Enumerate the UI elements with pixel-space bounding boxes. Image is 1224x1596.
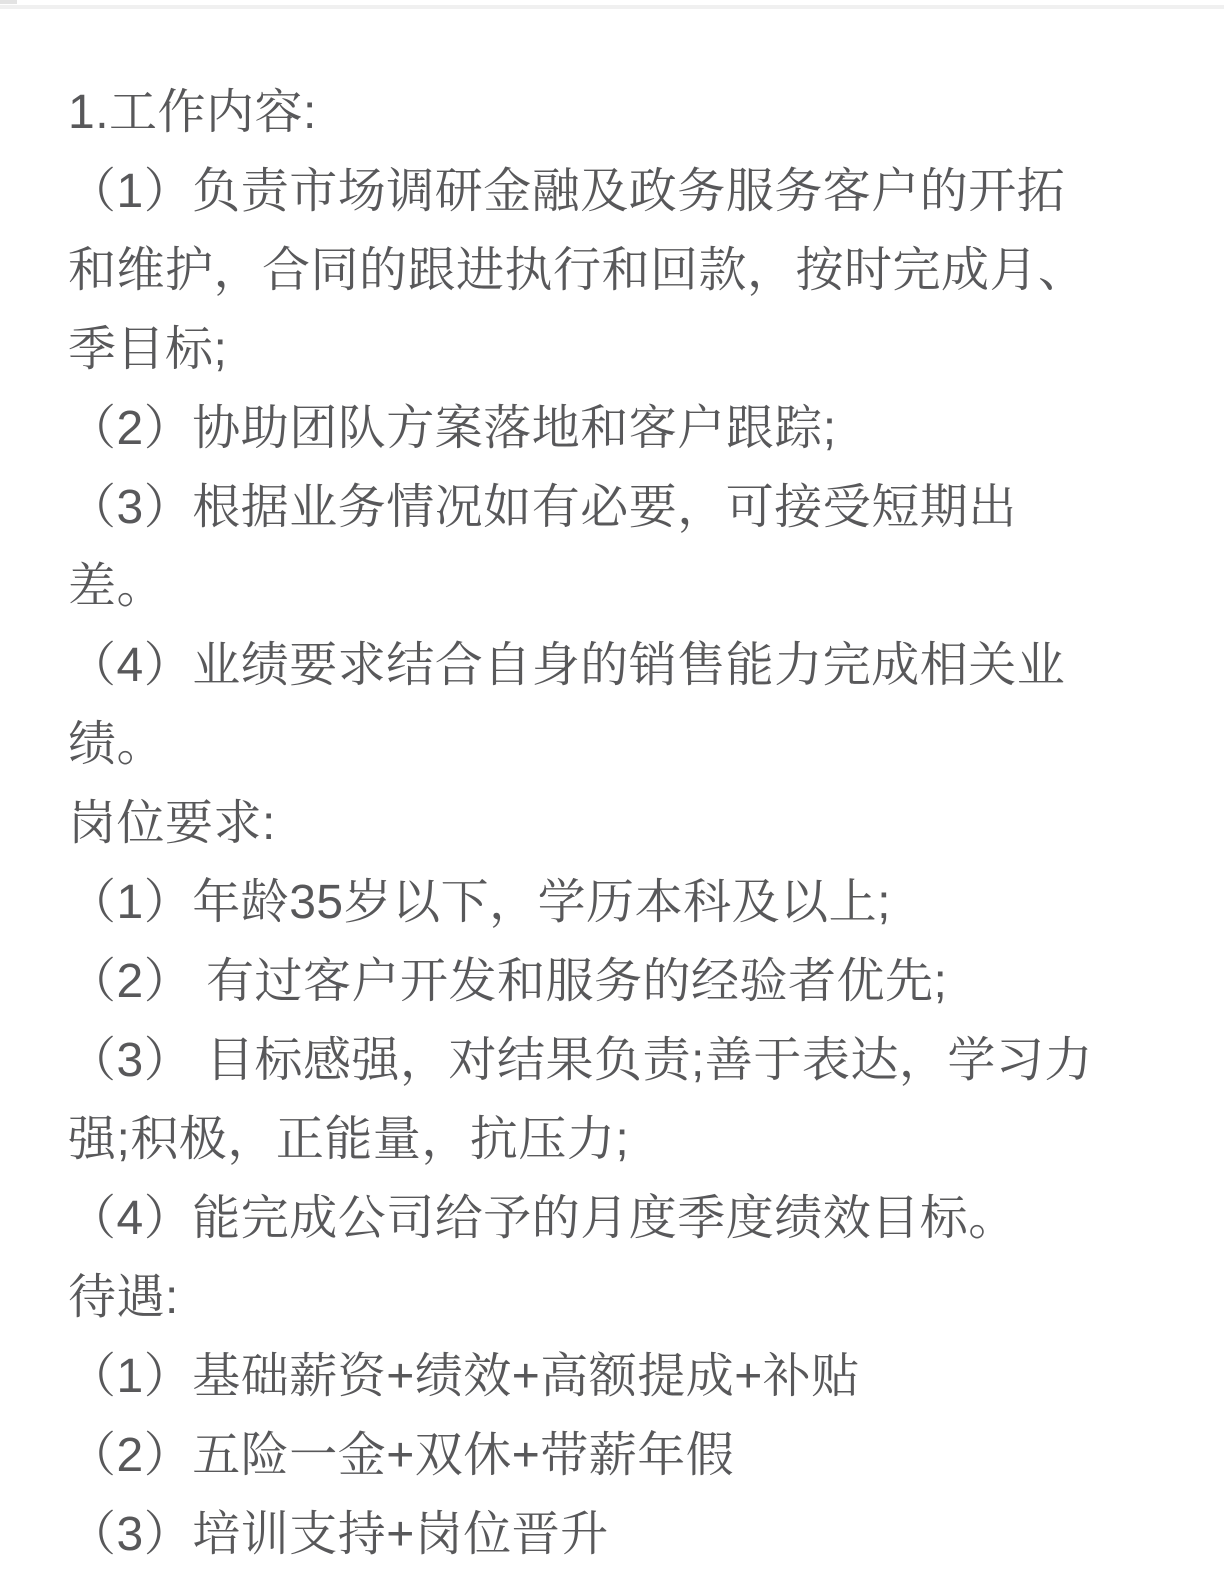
job-posting-page: 1.工作内容: （1）负责市场调研金融及政务服务客户的开拓 和维护，合同的跟进执… — [0, 0, 1224, 1596]
text-line: （3） 目标感强，对结果负责;善于表达，学习力 — [68, 1021, 1184, 1100]
text-line: 强;积极，正能量，抗压力; — [68, 1100, 1184, 1179]
section-heading-requirements: 岗位要求: — [68, 784, 1184, 863]
text-line: 差。 — [68, 547, 1184, 626]
text-line: （1）负责市场调研金融及政务服务客户的开拓 — [68, 152, 1184, 231]
text-line: （3）培训支持+岗位晋升 — [68, 1495, 1184, 1574]
job-description-text: 1.工作内容: （1）负责市场调研金融及政务服务客户的开拓 和维护，合同的跟进执… — [68, 73, 1184, 1574]
text-line: （2）五险一金+双休+带薪年假 — [68, 1416, 1184, 1495]
top-divider-line — [0, 5, 1224, 9]
text-line: （2）协助团队方案落地和客户跟踪; — [68, 389, 1184, 468]
text-line: （4）业绩要求结合自身的销售能力完成相关业 — [68, 626, 1184, 705]
text-line: 绩。 — [68, 705, 1184, 784]
text-line: （2） 有过客户开发和服务的经验者优先; — [68, 942, 1184, 1021]
text-line: （1）基础薪资+绩效+高额提成+补贴 — [68, 1337, 1184, 1416]
text-line: 和维护，合同的跟进执行和回款，按时完成月、 — [68, 231, 1184, 310]
section-heading-benefits: 待遇: — [68, 1258, 1184, 1337]
text-line: （4）能完成公司给予的月度季度绩效目标。 — [68, 1179, 1184, 1258]
section-heading-work-content: 1.工作内容: — [68, 73, 1184, 152]
top-left-corner-block — [0, 0, 17, 4]
text-line: 季目标; — [68, 310, 1184, 389]
text-line: （1）年龄35岁以下，学历本科及以上; — [68, 863, 1184, 942]
text-line: （3）根据业务情况如有必要，可接受短期出 — [68, 468, 1184, 547]
